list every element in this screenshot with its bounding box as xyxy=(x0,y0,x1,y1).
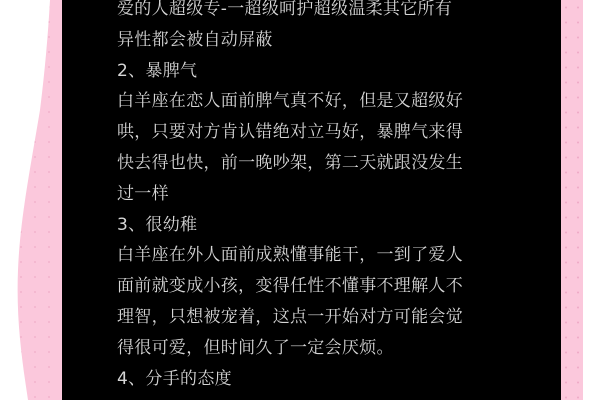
pink-right-border xyxy=(560,0,583,400)
article-text: 爱的人超级专-一超级呵护超级温柔其它所有 异性都会被自动屏蔽 2、暴脾气 白羊座… xyxy=(117,0,537,394)
screenshot-stage: 爱的人超级专-一超级呵护超级温柔其它所有 异性都会被自动屏蔽 2、暴脾气 白羊座… xyxy=(0,0,600,400)
article-line: 得很可爱，但时间久了一定会厌烦。 xyxy=(117,333,537,364)
article-line: 理智，只想被宠着，这点一开始对方可能会觉 xyxy=(117,302,537,333)
article-line: 白羊座在恋人面前脾气真不好，但是又超级好 xyxy=(117,86,537,117)
article-line: 爱的人超级专-一超级呵护超级温柔其它所有 xyxy=(117,0,537,25)
section-heading: 2、暴脾气 xyxy=(117,56,537,87)
article-line: 哄，只要对方肯认错绝对立马好，暴脾气来得 xyxy=(117,117,537,148)
article-line: 异性都会被自动屏蔽 xyxy=(117,25,537,56)
article-panel: 爱的人超级专-一超级呵护超级温柔其它所有 异性都会被自动屏蔽 2、暴脾气 白羊座… xyxy=(62,0,561,400)
section-heading: 3、很幼稚 xyxy=(117,210,537,241)
article-line: 快去得也快，前一晚吵架，第二天就跟没发生 xyxy=(117,148,537,179)
pink-left-border xyxy=(0,0,70,400)
article-line: 白羊座在外人面前成熟懂事能干，一到了爱人 xyxy=(117,240,537,271)
article-line: 面前就变成小孩，变得任性不懂事不理解人不 xyxy=(117,271,537,302)
section-heading: 4、分手的态度 xyxy=(117,364,537,395)
article-line: 过一样 xyxy=(117,179,537,210)
